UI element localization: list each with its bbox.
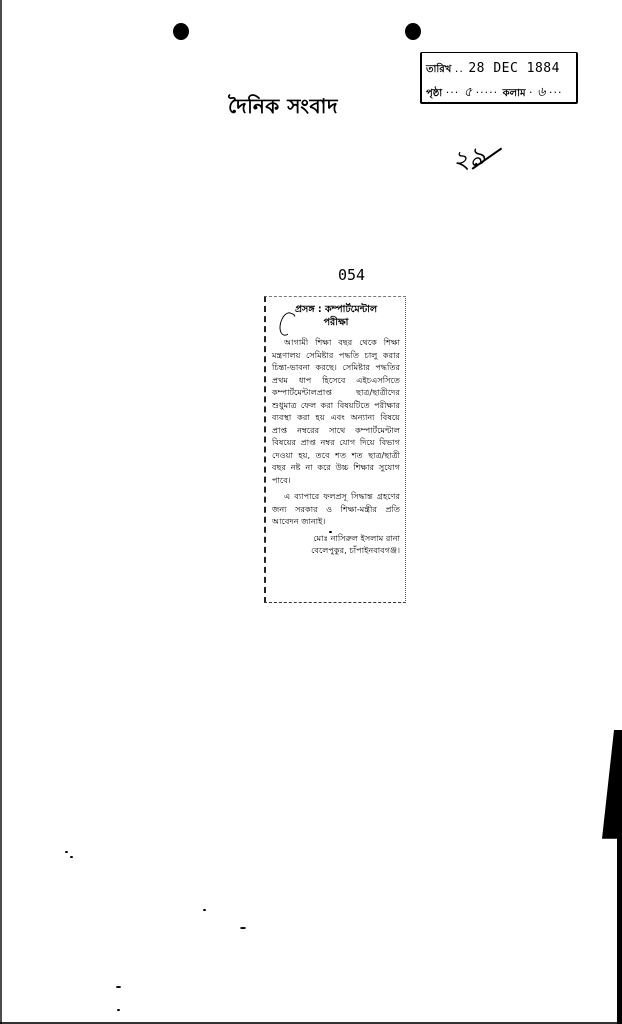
scan-speck xyxy=(70,856,73,858)
clipping-signature-place: বেলেপুকুর, চাঁপাইনবাবগঞ্জ। xyxy=(272,544,400,557)
stamp-date-label: তারিখ xyxy=(426,64,451,75)
document-number: 054 xyxy=(338,266,365,284)
scan-speck xyxy=(117,1009,120,1011)
clipping-signature-name: মোঃ নাসিরুল ইসলাম রানা xyxy=(272,532,400,545)
newspaper-masthead: দৈনিক সংবাদ xyxy=(228,92,338,125)
stamp-page-value: ৫ xyxy=(464,85,472,100)
scan-speck xyxy=(240,927,246,929)
stamp-column-value: ৬ xyxy=(537,85,545,100)
scan-left-edge xyxy=(0,0,2,1024)
punch-hole-right xyxy=(405,23,421,40)
stamp-column-label: কলাম xyxy=(503,88,526,99)
punch-hole-left xyxy=(173,23,189,40)
clipping-paragraph: এ ব্যাপারে ফলপ্রসূ সিদ্ধান্ত গ্রহণের জন্… xyxy=(272,490,400,528)
newspaper-clipping: প্রসঙ্গ : কম্পার্টমেন্টাল পরীক্ষা আগামী … xyxy=(264,296,406,603)
date-stamp: তারিখ .. 28 DEC 1884 পৃষ্ঠা ··· ৫ ····· … xyxy=(420,52,578,104)
scan-edge-shadow xyxy=(602,730,622,1024)
clipping-paragraph: আগামী শিক্ষা বছর থেকে শিক্ষা মন্ত্রণালয়… xyxy=(272,336,400,486)
stamp-page-label: পৃষ্ঠা xyxy=(426,88,442,99)
stamp-date-value: 28 DEC 1884 xyxy=(468,61,560,76)
scan-speck xyxy=(329,531,332,533)
scan-speck xyxy=(116,986,121,988)
scan-speck xyxy=(203,909,206,911)
scanned-page: দৈনিক সংবাদ তারিখ .. 28 DEC 1884 পৃষ্ঠা … xyxy=(0,0,622,1024)
scan-speck xyxy=(65,851,68,853)
